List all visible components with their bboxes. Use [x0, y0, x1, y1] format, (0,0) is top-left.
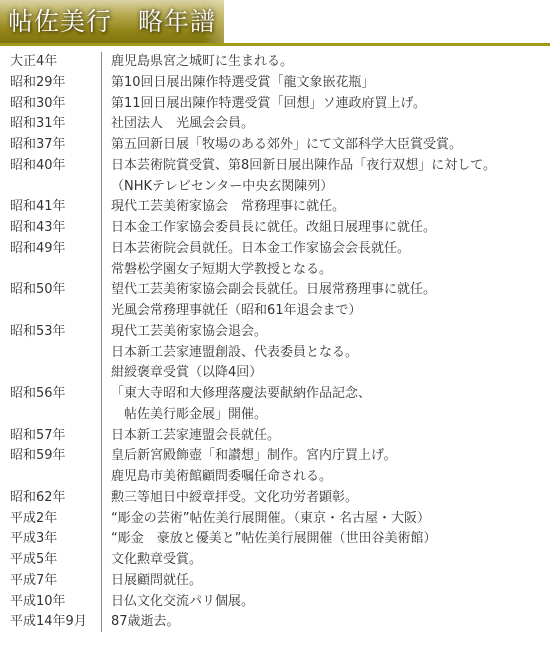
year-cell: 平成14年9月 [0, 612, 111, 633]
year-cell: 昭和59年 [0, 446, 111, 467]
year-cell: 平成3年 [0, 529, 111, 550]
year-cell: 平成2年 [0, 509, 111, 530]
year-cell [0, 363, 111, 384]
chronology-row: 平成5年文化勲章受賞。 [0, 550, 550, 571]
event-cell: 第10回日展出陳作特選受賞「龍文象嵌花瓶」 [111, 73, 550, 94]
chronology-row: 昭和62年勲三等旭日中綬章拝受。文化功労者顕彰。 [0, 488, 550, 509]
event-cell: 日本金工作家協会委員長に就任。改組日展理事に就任。 [111, 218, 550, 239]
year-cell [0, 260, 111, 281]
year-cell: 昭和49年 [0, 239, 111, 260]
chronology-row: 昭和31年社団法人 光風会会員。 [0, 114, 550, 135]
page-header: 帖佐美行 略年譜 [0, 0, 550, 46]
year-cell: 昭和43年 [0, 218, 111, 239]
chronology-row: 帖佐美行彫金展」開催。 [0, 405, 550, 426]
year-cell [0, 343, 111, 364]
chronology-row: 光風会常務理事就任（昭和61年退会まで） [0, 301, 550, 322]
event-cell: 日本新工芸家連盟創設、代表委員となる。 [111, 343, 550, 364]
chronology-row: 昭和50年望代工芸美術家協会副会長就任。日展常務理事に就任。 [0, 280, 550, 301]
event-cell: 第五回新日展「牧場のある郊外」にて文部科学大臣賞受賞。 [111, 135, 550, 156]
chronology-row: 昭和57年日本新工芸家連盟会長就任。 [0, 426, 550, 447]
event-cell: 紺綬褒章受賞（以降4回） [111, 363, 550, 384]
chronology-row: 日本新工芸家連盟創設、代表委員となる。 [0, 343, 550, 364]
chronology-row: 昭和59年皇后新宮殿飾壺「和讃想」制作。宮内庁買上げ。 [0, 446, 550, 467]
event-cell: 常磐松学園女子短期大学教授となる。 [111, 260, 550, 281]
chronology-row: 平成14年9月87歳逝去。 [0, 612, 550, 633]
chronology-row: 常磐松学園女子短期大学教授となる。 [0, 260, 550, 281]
year-cell: 昭和37年 [0, 135, 111, 156]
year-cell [0, 467, 111, 488]
year-cell [0, 405, 111, 426]
event-cell: “彫金の芸術”帖佐美行展開催。（東京・名古屋・大阪） [111, 509, 550, 530]
event-cell: 帖佐美行彫金展」開催。 [111, 405, 550, 426]
page-title: 帖佐美行 略年譜 [8, 6, 216, 38]
event-cell: 現代工芸美術家協会 常務理事に就任。 [111, 197, 550, 218]
year-cell: 昭和62年 [0, 488, 111, 509]
chronology-table: 大正4年鹿児島県宮之城町に生まれる。 昭和29年第10回日展出陳作特選受賞「龍文… [0, 52, 550, 633]
year-cell [0, 301, 111, 322]
chronology-row: 昭和41年現代工芸美術家協会 常務理事に就任。 [0, 197, 550, 218]
event-cell: 光風会常務理事就任（昭和61年退会まで） [111, 301, 550, 322]
event-cell: 勲三等旭日中綬章拝受。文化功労者顕彰。 [111, 488, 550, 509]
chronology-row: 昭和29年第10回日展出陳作特選受賞「龍文象嵌花瓶」 [0, 73, 550, 94]
year-cell: 昭和56年 [0, 384, 111, 405]
year-cell: 昭和31年 [0, 114, 111, 135]
chronology-row: 紺綬褒章受賞（以降4回） [0, 363, 550, 384]
year-cell: 昭和57年 [0, 426, 111, 447]
event-cell: 日展顧問就任。 [111, 571, 550, 592]
year-cell: 平成7年 [0, 571, 111, 592]
event-cell: （NHKテレビセンター中央玄関陳列） [111, 177, 550, 198]
event-cell: 日仏文化交流パリ個展。 [111, 592, 550, 613]
title-banner: 帖佐美行 略年譜 [0, 0, 224, 43]
event-cell: 日本芸術院会員就任。日本金工作家協会会長就任。 [111, 239, 550, 260]
event-cell: 現代工芸美術家協会退会。 [111, 322, 550, 343]
event-cell: 「東大寺昭和大修理落慶法要献納作品記念、 [111, 384, 550, 405]
chronology-row: 昭和43年日本金工作家協会委員長に就任。改組日展理事に就任。 [0, 218, 550, 239]
event-cell: 日本芸術院賞受賞、第8回新日展出陳作品「夜行双想」に対して。 [111, 156, 550, 177]
chronology-row: 昭和56年「東大寺昭和大修理落慶法要献納作品記念、 [0, 384, 550, 405]
chronology-row: 昭和30年第11回日展出陳作特選受賞「回想」ソ連政府買上げ。 [0, 94, 550, 115]
event-cell: 87歳逝去。 [111, 612, 550, 633]
header-rule [0, 43, 550, 46]
event-cell: 鹿児島県宮之城町に生まれる。 [111, 52, 550, 73]
chronology-row: 鹿児島市美術館顧問委嘱任命される。 [0, 467, 550, 488]
chronology-row: 平成3年“彫金 豪放と優美と”帖佐美行展開催（世田谷美術館） [0, 529, 550, 550]
year-cell: 昭和29年 [0, 73, 111, 94]
chronology-row: 昭和49年日本芸術院会員就任。日本金工作家協会会長就任。 [0, 239, 550, 260]
chronology-row: 平成10年日仏文化交流パリ個展。 [0, 592, 550, 613]
chronology-row: 昭和37年第五回新日展「牧場のある郊外」にて文部科学大臣賞受賞。 [0, 135, 550, 156]
year-cell: 昭和50年 [0, 280, 111, 301]
chronology-row: 平成7年日展顧問就任。 [0, 571, 550, 592]
chronology-row: 昭和53年現代工芸美術家協会退会。 [0, 322, 550, 343]
year-cell: 昭和53年 [0, 322, 111, 343]
chronology-row: （NHKテレビセンター中央玄関陳列） [0, 177, 550, 198]
year-cell: 昭和40年 [0, 156, 111, 177]
event-cell: 日本新工芸家連盟会長就任。 [111, 426, 550, 447]
year-cell [0, 177, 111, 198]
event-cell: 第11回日展出陳作特選受賞「回想」ソ連政府買上げ。 [111, 94, 550, 115]
event-cell: 鹿児島市美術館顧問委嘱任命される。 [111, 467, 550, 488]
event-cell: 皇后新宮殿飾壺「和讃想」制作。宮内庁買上げ。 [111, 446, 550, 467]
year-cell: 大正4年 [0, 52, 111, 73]
event-cell: 文化勲章受賞。 [111, 550, 550, 571]
year-cell: 平成5年 [0, 550, 111, 571]
chronology-row: 昭和40年日本芸術院賞受賞、第8回新日展出陳作品「夜行双想」に対して。 [0, 156, 550, 177]
year-cell: 昭和30年 [0, 94, 111, 115]
event-cell: 社団法人 光風会会員。 [111, 114, 550, 135]
year-cell: 昭和41年 [0, 197, 111, 218]
year-cell: 平成10年 [0, 592, 111, 613]
chronology-row: 平成2年“彫金の芸術”帖佐美行展開催。（東京・名古屋・大阪） [0, 509, 550, 530]
event-cell: “彫金 豪放と優美と”帖佐美行展開催（世田谷美術館） [111, 529, 550, 550]
chronology-row: 大正4年鹿児島県宮之城町に生まれる。 [0, 52, 550, 73]
event-cell: 望代工芸美術家協会副会長就任。日展常務理事に就任。 [111, 280, 550, 301]
